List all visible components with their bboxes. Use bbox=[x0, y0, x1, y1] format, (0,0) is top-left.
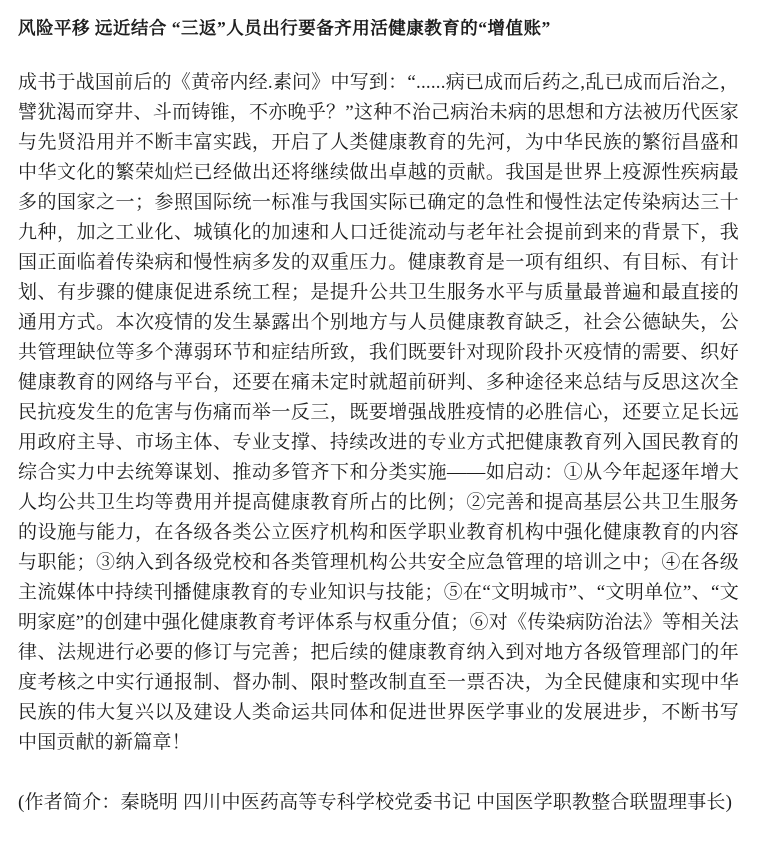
author-byline: (作者简介：秦晓明 四川中医药高等专科学校党委书记 中国医学职教整合联盟理事长) bbox=[18, 788, 739, 818]
document-body-paragraph: 成书于战国前后的《黄帝内经.素问》中写到：“......病已成而后药之,乱已成而… bbox=[18, 68, 739, 758]
document-page: 风险平移 远近结合 “三返”人员出行要备齐用活健康教育的“增值账” 成书于战国前… bbox=[0, 0, 758, 842]
document-title: 风险平移 远近结合 “三返”人员出行要备齐用活健康教育的“增值账” bbox=[18, 16, 739, 40]
